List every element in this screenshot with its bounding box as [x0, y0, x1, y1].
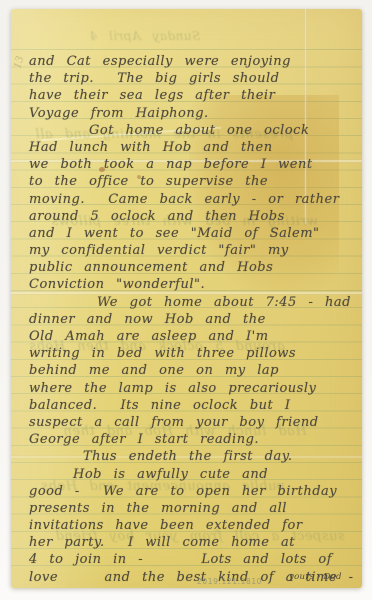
letter-line: have their sea legs after their	[29, 87, 358, 104]
letter-line: Hob is awfully cute and	[29, 466, 358, 483]
letter-line: balanced. Its nine oclock but I	[29, 397, 358, 414]
letter-line: moving. Came back early - or rather	[29, 191, 358, 208]
letter-line: dinner and now Hob and the	[29, 311, 358, 328]
letter-line: invitations have been extended for	[29, 517, 358, 534]
signature-closing: yours - Dad	[289, 572, 342, 582]
letter-line: we both took a nap before I went	[29, 156, 358, 173]
bleedthrough-date-header: Sunday April 4	[89, 29, 200, 43]
letter-line: Old Amah are asleep and I'm	[29, 328, 358, 345]
letter-line: her party. I will come home at	[29, 534, 358, 551]
letter-line: Had lunch with Hob and then	[29, 139, 358, 156]
letter-paper: Sunday April 4 presents in the morning a…	[11, 9, 362, 588]
letter-line: to the office to supervise the	[29, 173, 358, 190]
letter-line: George after I start reading.	[29, 431, 358, 448]
letter-line: Conviction "wonderful".	[29, 276, 358, 293]
letter-line: and I went to see "Maid of Salem"	[29, 225, 358, 242]
letter-line: where the lamp is also precariously	[29, 380, 358, 397]
letter-line: the trip. The big girls should	[29, 70, 358, 87]
letter-line: and Cat especially were enjoying	[29, 53, 358, 70]
photo-background: Sunday April 4 presents in the morning a…	[0, 0, 372, 600]
letter-line: public announcement and Hobs	[29, 259, 358, 276]
letter-line: Voyage from Haiphong.	[29, 105, 358, 122]
letter-line: suspect a call from your boy friend	[29, 414, 358, 431]
letter-line: We got home about 7:45 - had	[29, 294, 358, 311]
letter-line: writing in bed with three pillows	[29, 345, 358, 362]
letter-line: good - We are to open her birthday	[29, 483, 358, 500]
letter-line: behind me and one on my lap	[29, 362, 358, 379]
letter-line: Got home about one oclock	[29, 122, 358, 139]
letter-line: around 5 oclock and then Hobs	[29, 208, 358, 225]
pencil-page-mark: 13	[12, 55, 26, 70]
letter-body: and Cat especially were enjoying the tri…	[29, 53, 358, 586]
letter-line: Thus endeth the first day.	[29, 448, 358, 465]
letter-line: 4 to join in - Lots and lots of	[29, 551, 358, 568]
archive-catalog-number: 2019.121.1810	[197, 577, 262, 586]
letter-line: presents in the morning and all	[29, 500, 358, 517]
letter-line: my confidential verdict "fair" my	[29, 242, 358, 259]
